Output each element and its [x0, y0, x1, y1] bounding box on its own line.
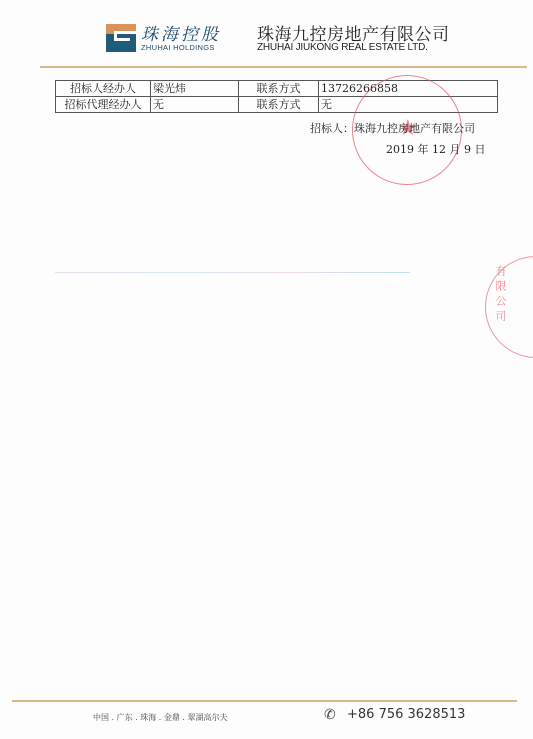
footer-divider: [12, 700, 517, 702]
table-cell-value: 梁光炜: [151, 81, 239, 97]
table-cell-contact-label: 联系方式: [239, 97, 319, 113]
table-cell-label: 招标代理经办人: [56, 97, 151, 113]
scan-artifact-line: [55, 272, 410, 273]
footer-phone: +86 756 3628513: [347, 707, 465, 722]
phone-icon: ✆: [324, 707, 336, 723]
partial-seal-text: 有限公司: [492, 265, 508, 325]
table-cell-contact-label: 联系方式: [239, 81, 319, 97]
signature-date: 2019 年 12 月 9 日: [386, 141, 485, 157]
logo-english-name: ZHUHAI HOLDINGS: [141, 43, 215, 52]
company-name-english: ZHUHAI JIUKONG REAL ESTATE LTD.: [257, 42, 428, 53]
footer-address: 中国 . 广东 . 珠海 . 金鼎 . 翠湖高尔夫: [93, 712, 228, 723]
tenderer-signature: 招标人：珠海九控房地产有限公司: [310, 120, 475, 136]
table-cell-value: 无: [151, 97, 239, 113]
table-cell-label: 招标人经办人: [56, 81, 151, 97]
header-divider: [40, 66, 527, 68]
logo-chinese-name: 珠海控股: [141, 20, 221, 45]
company-logo-icon: [106, 24, 136, 52]
